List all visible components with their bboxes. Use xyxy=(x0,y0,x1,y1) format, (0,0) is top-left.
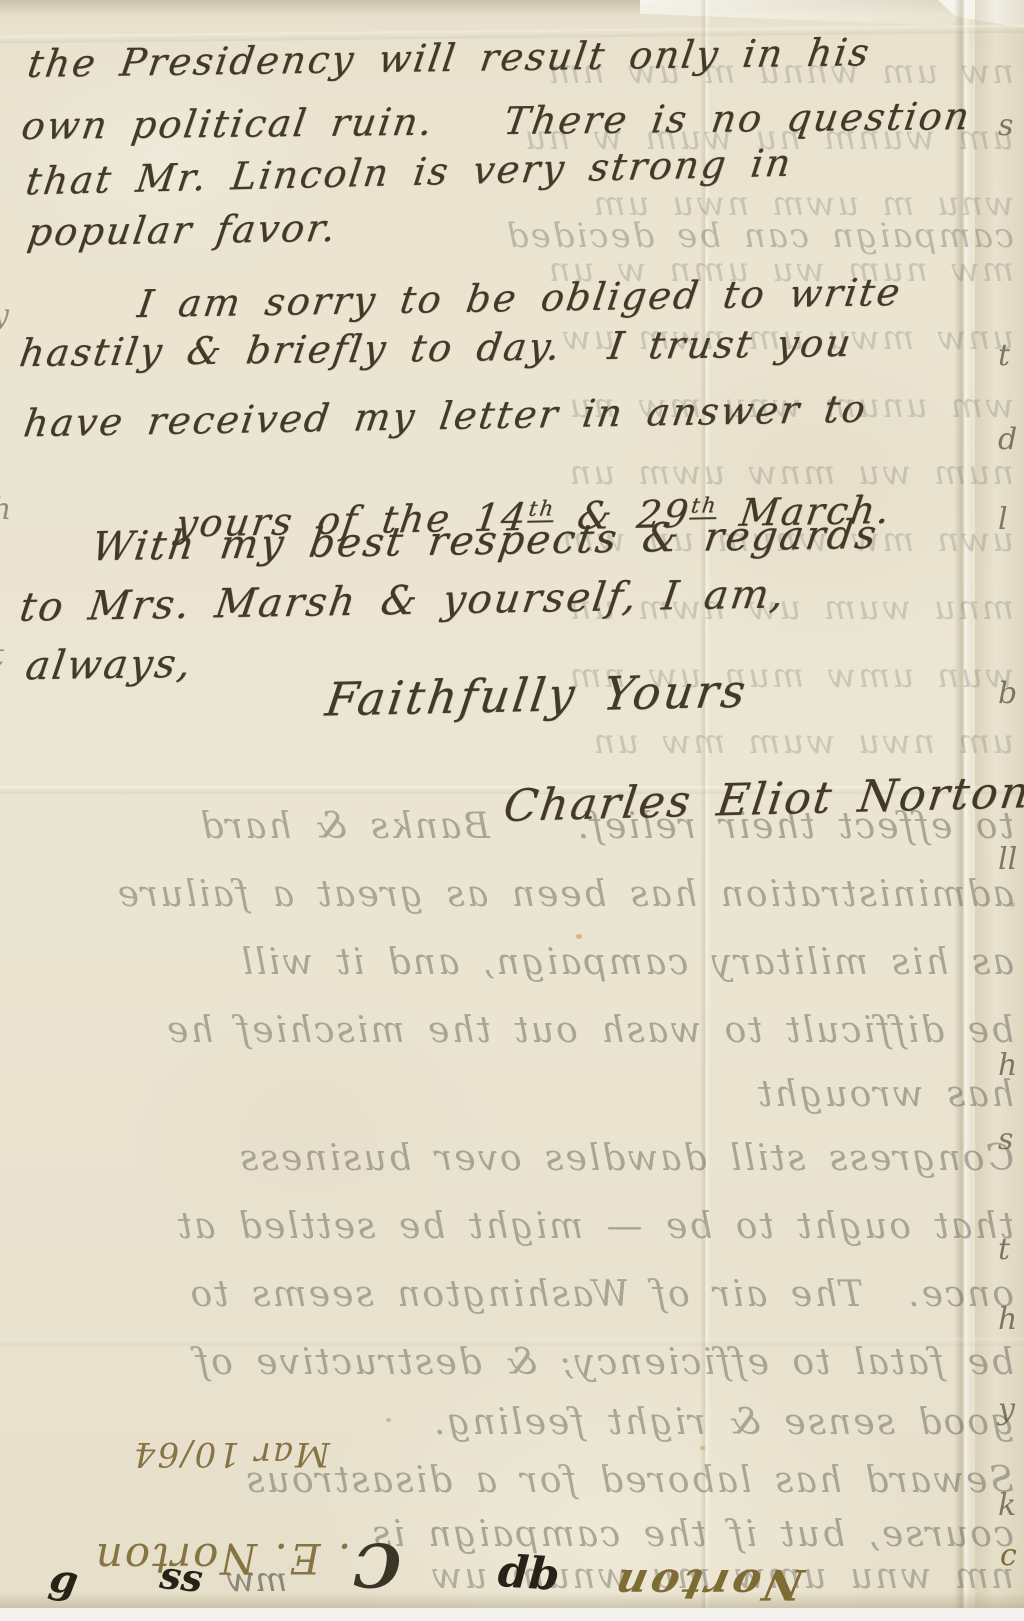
signature-line: Charles Eliot Norton xyxy=(350,714,1024,887)
paper-sheet: nw um wnnu m uw nm um wunm nu wum w nu w… xyxy=(0,0,1024,1608)
edge-ink-fragment: b xyxy=(998,676,1017,711)
endorsement-initial: C xyxy=(351,1529,401,1599)
ink-blot: c xyxy=(1000,1538,1017,1573)
bleedthrough-line: be fatal to efficiency; & destructive of xyxy=(0,1342,1024,1383)
edge-ink-fragment: s xyxy=(998,1122,1013,1157)
scanned-letter-page: nw um wnnu m uw nm um wunm nu wum w nu w… xyxy=(0,0,1024,1621)
endorsement-date: Mar 10/64 xyxy=(14,1434,330,1474)
edge-ink-fragment: s xyxy=(998,108,1013,143)
foxing-spot xyxy=(700,1446,705,1450)
ink-blot: db xyxy=(496,1546,561,1601)
bleedthrough-line: Congress still dawdles over business xyxy=(0,1138,1024,1179)
ink-scrawl: Norton xyxy=(607,1560,808,1608)
bleedthrough-line: has wrought xyxy=(0,1074,1024,1115)
edge-ink-fragment: t xyxy=(998,1232,1010,1267)
edge-ink-fragment: y xyxy=(0,298,9,333)
edge-ink-fragment: y xyxy=(998,1392,1015,1427)
archival-endorsement: C. E. Norton Mar 10/64 xyxy=(14,1388,446,1602)
bleedthrough-line: be difficult to wash out the mischief he xyxy=(0,1010,1024,1051)
letter-line: always, xyxy=(26,641,193,689)
foxing-spot xyxy=(576,934,582,939)
edge-ink-fragment: d xyxy=(998,422,1017,457)
edge-ink-fragment: l xyxy=(998,502,1008,537)
endorsement-name: C. E. Norton xyxy=(14,1526,401,1596)
bleedthrough-line: as his military campaign, and it will xyxy=(0,942,1024,983)
letter-line: popular favor. xyxy=(28,206,338,254)
valediction-line: Faithfully Yours xyxy=(325,664,748,727)
edge-ink-fragment: t xyxy=(998,338,1010,373)
edge-ink-fragment: k xyxy=(998,1488,1016,1523)
edge-ink-fragment: t xyxy=(0,638,4,673)
bleedthrough-line: once. The air of Washington seems to xyxy=(0,1274,1024,1315)
edge-ink-fragment: h xyxy=(998,1048,1017,1083)
bleedthrough-line: that ought to be — might be settled at xyxy=(0,1206,1024,1247)
letter-line: hastily & briefly to day. I trust you xyxy=(20,321,853,375)
edge-ink-fragment: h xyxy=(998,1302,1017,1337)
edge-ink-fragment: h xyxy=(0,492,11,527)
